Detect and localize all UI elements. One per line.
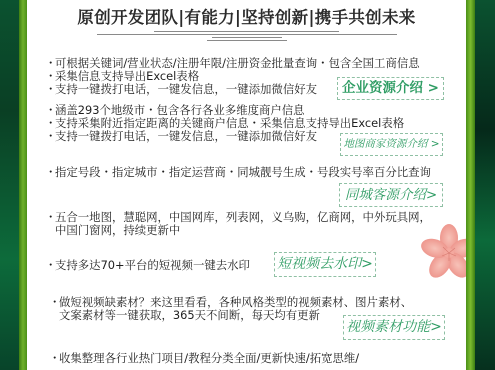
feature-line: ・支持多达70+平台的短视频一键去水印 bbox=[45, 259, 250, 272]
enterprise-resource-link[interactable]: 企业资源介绍 > bbox=[337, 77, 444, 100]
fine-print bbox=[27, 29, 466, 41]
video-material-link[interactable]: 视频素材功能> bbox=[343, 315, 445, 340]
local-customer-resource-link[interactable]: 同城客源介绍> bbox=[339, 183, 443, 207]
frame-border-right bbox=[466, 0, 475, 370]
feature-line: ・指定号段・指定城市・指定运营商・同城靓号生成・号段实号率百分比查询 bbox=[45, 166, 431, 179]
map-merchant-resource-link[interactable]: 地图商家资源介绍 > bbox=[340, 133, 443, 156]
feature-line: 文案素材等一键获取，365天不间断，每天均有更新 bbox=[59, 309, 320, 322]
cherry-blossom-icon bbox=[419, 222, 466, 284]
feature-line: ・收集整理各行业热门项目/教程分类全面/更新快速/拓宽思维/ bbox=[49, 352, 359, 365]
frame-border-left bbox=[19, 0, 27, 370]
feature-line: ・支持一键拨打电话，一键发信息，一键添加微信好友 bbox=[45, 83, 317, 96]
background-right bbox=[475, 0, 495, 370]
feature-line: ・支持一键拨打电话，一键发信息，一键添加微信好友 bbox=[45, 130, 317, 143]
content-panel: 原创开发团队|有能力|坚持创新|携手共创未来 ・可根据关键词/营业状态/注册年限… bbox=[27, 0, 466, 370]
page-title: 原创开发团队|有能力|坚持创新|携手共创未来 bbox=[27, 4, 466, 28]
short-video-watermark-link[interactable]: 短视频去水印> bbox=[274, 252, 376, 277]
feature-line: 中国门窗网，持续更新中 bbox=[55, 224, 180, 237]
background-left bbox=[0, 0, 20, 370]
